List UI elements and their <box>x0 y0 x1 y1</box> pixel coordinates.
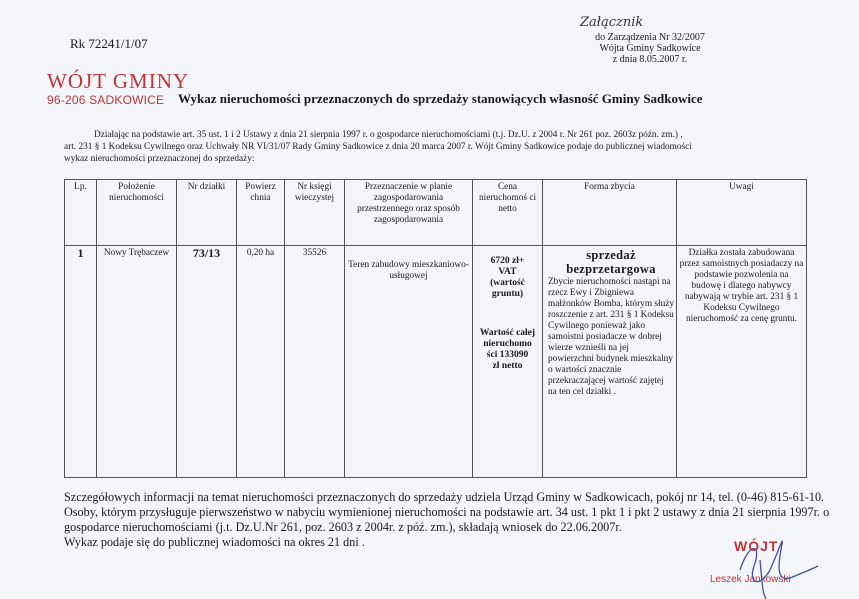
annex-line-1: do Zarządzenia Nr 32/2007 <box>560 32 740 43</box>
column-header: Przeznaczenie w planie zagospodarowania … <box>345 180 473 246</box>
municipality-logo: WÓJT GMINY 96-206 SADKOWICE <box>47 70 189 108</box>
cell-lp: 1 <box>65 246 97 478</box>
footer-text: Szczegółowych informacji na temat nieruc… <box>64 490 854 535</box>
property-listing-table: Lp. Położenie nieruchomości Nr działki P… <box>64 179 807 478</box>
annex-line-3: z dnia 8.05.2007 r. <box>560 54 740 65</box>
logo-address: 96-206 SADKOWICE <box>47 92 189 108</box>
land-price-vat: VAT <box>475 267 540 278</box>
land-price-note: (wartość gruntu) <box>475 278 540 300</box>
logo-title: WÓJT GMINY <box>47 70 189 92</box>
column-header: Lp. <box>65 180 97 246</box>
column-header: Forma zbycia <box>543 180 677 246</box>
cell-location: Nowy Trębaczew <box>97 246 177 478</box>
column-header: Nr działki <box>177 180 237 246</box>
signature-stamp: WÓJT Leszek Jankowski <box>700 530 830 599</box>
cell-price: 6720 zł+ VAT (wartość gruntu) Wartość ca… <box>473 246 543 478</box>
column-header: Cena nieruchomoś ci netto <box>473 180 543 246</box>
total-value-label: Wartość całej nieruchomo <box>475 328 540 350</box>
intro-line-2: art. 231 § 1 Kodeksu Cywilnego oraz Uchw… <box>64 141 824 153</box>
intro-paragraph: Działając na podstawie art. 35 ust. 1 i … <box>64 129 824 165</box>
total-value: ści 133090 <box>475 350 540 361</box>
annex-note: Załącznik do Zarządzenia Nr 32/2007 Wójt… <box>560 14 740 65</box>
column-header: Uwagi <box>677 180 807 246</box>
cell-remarks: Działka została zabudowana przez samoist… <box>677 246 807 478</box>
cell-land-register: 35526 <box>285 246 345 478</box>
sale-form-text: Zbycie nieruchomości nastąpi na rzecz Ew… <box>548 277 674 397</box>
intro-line-1: Działając na podstawie art. 35 ust. 1 i … <box>64 129 824 141</box>
annex-line-2: Wójta Gminy Sadkowice <box>560 43 740 54</box>
intro-line-3: wykaz nieruchomości przeznaczonej do spr… <box>64 153 824 165</box>
total-value-unit: zł netto <box>475 361 540 372</box>
table-row: 1 Nowy Trębaczew 73/13 0,20 ha 35526 Ter… <box>65 246 807 478</box>
land-price: 6720 zł+ <box>475 256 540 267</box>
handwritten-annex-label: Załącznik <box>580 14 740 32</box>
cell-zoning: Teren zabudowy mieszkaniowo-usługowej <box>345 246 473 478</box>
document-title: Wykaz nieruchomości przeznaczonych do sp… <box>178 91 703 107</box>
cell-area: 0,20 ha <box>237 246 285 478</box>
sale-form-heading: sprzedaż bezprzetargowa <box>548 248 674 276</box>
cell-plot-number: 73/13 <box>177 246 237 478</box>
cell-sale-form: sprzedaż bezprzetargowa Zbycie nieruchom… <box>543 246 677 478</box>
column-header: Powierz chnia <box>237 180 285 246</box>
column-header: Położenie nieruchomości <box>97 180 177 246</box>
table-header-row: Lp. Położenie nieruchomości Nr działki P… <box>65 180 807 246</box>
column-header: Nr księgi wieczystej <box>285 180 345 246</box>
handwritten-signature-icon <box>700 530 830 599</box>
reference-number: Rk 72241/1/07 <box>70 36 148 52</box>
